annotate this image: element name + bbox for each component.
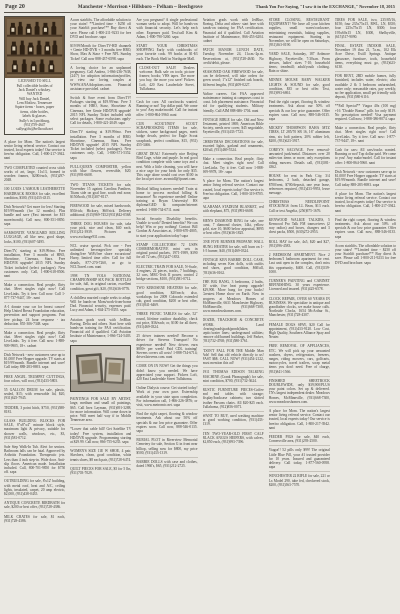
classified-ad: ELECTRIC TRAIN FOR SALE, N-Scale, 4 engi…: [136, 262, 197, 282]
classified-ad: 1911 THOMAS EDISON TALKING MACHINE (Cran…: [203, 367, 264, 383]
classified-ad: Dish Network - new customers save up to …: [4, 350, 65, 370]
classified-ad: THREE PICNIC TABLES for sale, 52" round,…: [136, 309, 197, 329]
classified-ad: Aviation grads work with JetBlue, Boeing…: [70, 315, 131, 343]
column-6: TIRES FOR SALE, two, 235/85/16, $150; fo…: [335, 16, 396, 608]
classified-ad: Aviation grads work with JetBlue, Boeing…: [203, 16, 264, 43]
classified-ad: 25 driver trainees needed! Become a driv…: [136, 331, 197, 359]
classified-ad: A-1 donate your car for breast cancer! H…: [4, 302, 65, 326]
classified-ad: DirecTV, starting at $19.99/mo. Free ins…: [4, 246, 65, 278]
classified-ad: BARBIE DOLLS with case and clothes, date…: [136, 457, 197, 468]
classified-ad: MEN'S DIAMOND RING for sale, one carat, …: [203, 216, 264, 236]
classified-ad: Online Dialysis course. Get started toda…: [136, 383, 197, 407]
classified-ad: MILK CRATES for sale, $1 each, (931)728-…: [4, 512, 65, 523]
classified-ad: CUB SCOUT/BOY SCOUT SCRAPBOOKING ITEMS f…: [136, 119, 197, 147]
classified-ad: Find the right carpet, flooring & window…: [335, 215, 396, 239]
classified-ad: Dish Network - new customers save up to …: [335, 167, 396, 187]
classified-ad: FREE REMOVAL OF APPLIANCES, ETC. We will…: [269, 341, 330, 373]
classified-ad: A childless married couple seeks to adop…: [70, 293, 131, 313]
classified-ad: Viagra!! 52 pills only $99! The original…: [269, 445, 330, 469]
paintings-photo-image: [71, 346, 130, 391]
classified-ad: Make a connection. Real people, flirty c…: [335, 123, 396, 143]
classified-ad: Make a connection. Real people, flirty c…: [203, 154, 264, 174]
classified-ad: 2 BEDROOM APARTMENT. Nice 2 bedroom/1 ba…: [269, 250, 330, 274]
column-2: Acorn stairlifts. The affordable solutio…: [70, 16, 131, 608]
classified-ad: WINCHESTER 22 RIFLE for sale, 221 or Lx …: [269, 471, 330, 487]
classified-ad: THREE DOG HOUSES for sale, take your pic…: [70, 219, 131, 239]
classified-ad: 1998 TN VOLS NATIONAL CHAMPIONSHIP SIX P…: [70, 271, 131, 291]
classified-ad: MINNIE MOUSE BABY WALKER LIGHTS & SOUND …: [269, 75, 330, 95]
newspaper-classifieds-page: Page 20 Manchester • Morrison • Hillsbor…: [0, 0, 400, 614]
classified-ad: 55 GALLON DRUM for sale, plastic, sealed…: [4, 385, 65, 401]
classified-ad: MICKEY THOMPSON BAHA MTZ TIRES, LT 285/7…: [269, 123, 330, 143]
communities-list: Manchester • Morrison • Hillsboro ~ Pelh…: [78, 5, 203, 10]
column-5: STORE CLOSING, RESTAURANT EQUIPMENT! We …: [269, 16, 330, 608]
classified-ad: SAMSONITE VANGUARD ROLLING LUGGAGE, all …: [4, 228, 65, 244]
classified-ad: **Fall Special** Viagra 40x (100 mg) +16…: [335, 101, 396, 121]
classified-ad: Cash for cars: All cars/trucks wanted. R…: [335, 145, 396, 165]
classified-ad: STORE CLOSING, RESTAURANT EQUIPMENT! We …: [269, 16, 330, 47]
classified-ad: HOUSE for rent in Park City, 3/4 bedroom…: [269, 171, 330, 195]
classified-ad: *Lower that cable bill! Get Satellite TV…: [70, 424, 131, 444]
classified-ad: OUTBUILDING for sale, 8'x12' building, w…: [4, 476, 65, 496]
classified-ad: Switch & Save event from DirecTV! Packag…: [70, 93, 131, 125]
classified-ad: WANT TO BUY, used washing machine in goo…: [203, 411, 264, 427]
paper-tagline: Thank You For Saying, "I saw it in the E…: [256, 4, 395, 9]
classified-ad: PAINTINGS FOR SALE BY ARTIST, large, med…: [70, 395, 131, 422]
classified-ad: VINTAGE BIBLE for sale, Old and New Test…: [203, 115, 264, 135]
page-header: Page 20 Manchester • Morrison • Hillsbor…: [4, 2, 396, 13]
classified-ad: Safe Step Walk-In Tub. Alert for seniors…: [4, 442, 65, 474]
classified-ad: GLASS BUILDING BLOCKS FOR SALE, 8"x8"x4"…: [4, 416, 65, 440]
classified-ad: QUILT PIECES FOR SALE, $5 for 5 lbs, (93…: [70, 464, 131, 475]
classified-ad: "DON'T FALL FOR THE Middle Man Ads! Sell…: [203, 346, 264, 366]
columns: LICENSED TO SELLFull collectible bottles…: [4, 16, 396, 608]
classified-ad: Acorn stairlifts. The affordable solutio…: [335, 241, 396, 265]
classified-ad: RUSTIC FURNITURE PIECES-Coffee and end t…: [203, 385, 264, 409]
classified-ad: TURNER'S PAINTING and CABINET REFINISHIN…: [269, 276, 330, 292]
paintings-photo: [70, 345, 131, 392]
classified-ad: A place for Mom. The nation's largest se…: [203, 176, 264, 200]
classified-ad: NCL cruise special. Pick one - Free unli…: [70, 241, 131, 269]
classified-ad: 100 LOUIS L'AMOUR LEATHERETTE HARDBACK B…: [4, 184, 65, 200]
classified-ad: THE BIG BANG, 3 bedrooms, 2 baths, 16' w…: [203, 277, 264, 314]
classified-ad: BURIAL PLOT in Riverview Memorial Cemete…: [136, 435, 197, 455]
classified-ad: Dish Network? Get more for less! Startin…: [4, 202, 65, 226]
classified-ad: A place for Mom. The nation's largest se…: [269, 406, 330, 430]
column-4: Aviation grads work with JetBlue, Boeing…: [203, 16, 264, 608]
classified-ad: YARD SALE, Saturday, 187 Ardmore Highway…: [269, 49, 330, 73]
classified-ad: DirecTV starting at $19.99/mo. Free inst…: [70, 127, 131, 159]
classified-ad: VINTAGE KEN BARBIE DOLL CASE, including …: [203, 255, 264, 275]
classified-ad: ANTIQUE CONCRETE BIRDBATH for sale, $200…: [4, 498, 65, 509]
classified-ad: Find the right carpet, flooring & window…: [269, 97, 330, 121]
classified-ad: Medical billing trainees needed! Train a…: [136, 184, 197, 212]
classified-ad: TWO KEROSENE HEATERS for sale, good cond…: [136, 283, 197, 307]
classified-ad: ROLL HAY for sale, 4x5, $20 and $27, (93…: [269, 237, 330, 248]
classified-ad: PATCH MANOR LUNCH DATE, Tuesday, Novembe…: [203, 45, 264, 65]
bottles-photo-image: [5, 17, 64, 78]
classified-ad: Acorn stairlifts. The affordable solutio…: [70, 16, 131, 39]
classified-ad: Make a connection. Real people, flirty c…: [4, 328, 65, 348]
classified-ad: A loving choice for an unplanned pregnan…: [70, 63, 131, 91]
classified-ad: ALABAMA STADIUM BLANKET, red with elepha…: [203, 202, 264, 213]
classified-ad: Social Security Disability benefits. Una…: [136, 214, 197, 238]
classified-ad: DOZER, TRACKHOE & CONCRETE WORK. Land cl…: [203, 315, 264, 343]
classified-ad: COME ON IN NOW! Get the things you didn'…: [136, 361, 197, 381]
jack-daniels-bottles-photo: LICENSED TO SELLFull collectible bottles…: [4, 16, 65, 135]
classified-ad: CHRISTMAS DECORATIONS for sale, assorted…: [203, 137, 264, 153]
classified-ad: TEN TWO-YEAR-OLD FIRST CALF BLACK ANGUS …: [203, 429, 264, 445]
column-1: LICENSED TO SELLFull collectible bottles…: [4, 16, 65, 608]
classified-ad: FULL/QUEEN COMFORTER, yellow with blue f…: [70, 162, 131, 178]
classified-ad: Are you pregnant? A single professional …: [136, 16, 197, 39]
classified-ad: Find the right carpet, flooring & window…: [136, 409, 197, 433]
classified-ad: TWO TITANS TICKETS for sale, November 15…: [70, 180, 131, 200]
classified-ad: TIRES FOR SALE, two, 235/85/16, $150; fo…: [335, 16, 396, 39]
classified-ad: COREY'S SALVAGE. Free removal-unwanted j…: [269, 145, 330, 169]
classified-ad: FEMALE DOGS SPAY, $20 Call for appointme…: [269, 320, 330, 340]
classified-ad: Airline careers. Get FAA approved mainte…: [203, 89, 264, 113]
classified-ad: FIREWOOD for sale, mixed hardwoods, $50/…: [70, 201, 131, 217]
classified-ad: CHRISTMAS NEEDLEPOINT STOCKINGS from LL …: [269, 197, 330, 213]
classified-ad: STAMP COLLECTORS! 72 USPS COMMEMORATIVE …: [136, 240, 197, 260]
classified-ad: ONE FIVE BURNER PROPANE WALL HUNG HEATER…: [203, 237, 264, 253]
classified-ad: FINISHED SHEETROCK DOUBLEWIDE, only $39,…: [269, 376, 330, 404]
classified-ad: WOMEN'S SIZE 11E W SHOE, 4 pair, Skecher…: [70, 446, 131, 462]
classified-ad: CLOCK REPAIR, OVER 60 YEARS IN BUSINESS.…: [269, 294, 330, 318]
classified-ad: TWO COMPLETED counted cross stitch works…: [4, 163, 65, 183]
column-3: Are you pregnant? A single professional …: [136, 16, 197, 608]
classified-ad: FEEDER PIGS for sale, $40 each, Cornersv…: [269, 432, 330, 443]
classified-ad: Cash for cars: All cars/trucks wanted. R…: [136, 97, 197, 117]
classified-ad: START YOUR CHRISTMAS SHOPPING Early with…: [136, 41, 197, 61]
classified-ad: $19.99/Month for DirecTV-HD channels + G…: [70, 41, 131, 61]
classified-ad: A place for Mom. The nation's largest se…: [4, 138, 65, 161]
classified-ad: A place for Mom. The nation's largest se…: [335, 189, 396, 213]
classified-ad: TEDDER, 3 point hitch, $750, (931)588-81…: [4, 403, 65, 414]
classified-ad: FINAL ESTATE INDOOR SALE, November 19 th…: [335, 41, 396, 69]
classified-ad: CLOSE-OUT SALE! Dealers welcome. Bulk sa…: [136, 63, 197, 94]
photo-caption: LICENSED TO SELLFull collectible bottles…: [5, 78, 64, 134]
classified-ad: GREAT DEAL! Extremely nice Beijing Bird …: [136, 149, 197, 181]
classified-ad: FREE ANGEL TRUMPET CUTTINGS, four colors…: [4, 372, 65, 383]
classified-ad: KENWOOD WALKIE TALKIES, 5 Kenwood Pro Ta…: [269, 215, 330, 235]
classified-ad: SEASONED OAK FIREWOOD for sale, can be d…: [203, 67, 264, 87]
page-number: Page 20: [5, 4, 25, 10]
classified-ad: Make a connection. Real people, flirty c…: [4, 280, 65, 300]
classified-ad: FOR RENT, 2BD mobile homes, fully furnis…: [335, 71, 396, 99]
